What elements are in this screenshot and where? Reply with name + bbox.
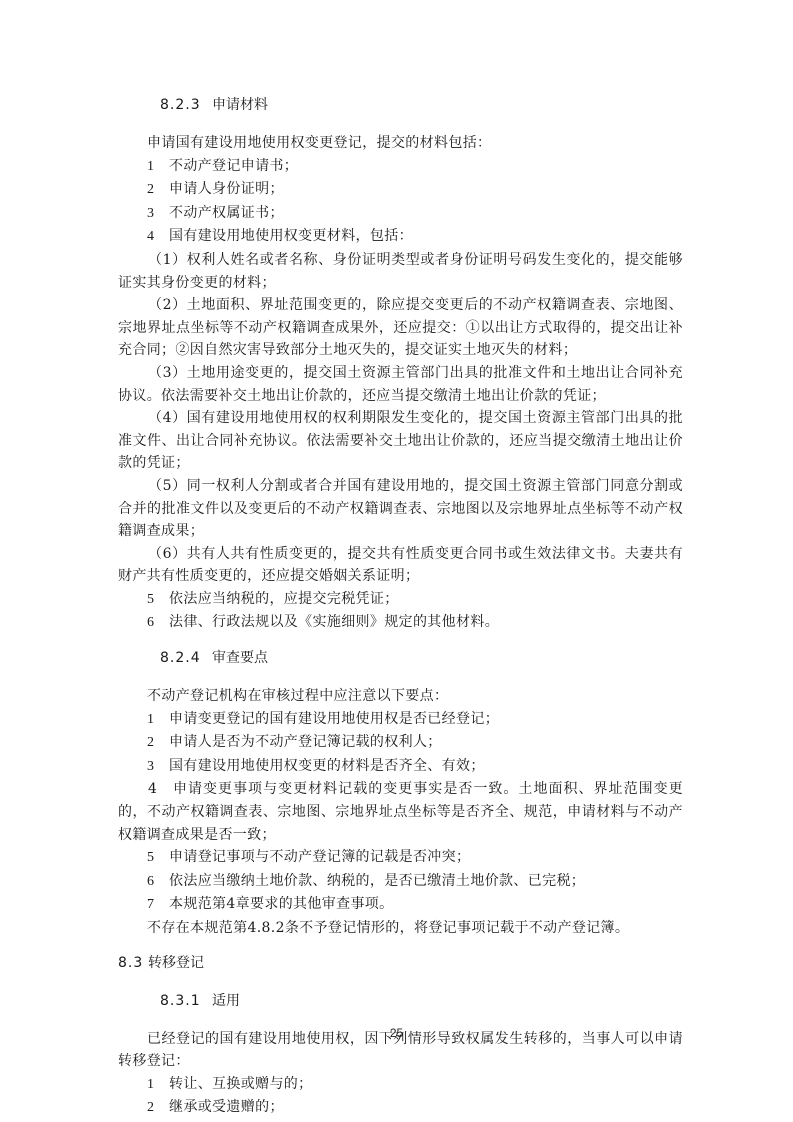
sub-item: （1）权利人姓名或者名称、身份证明类型或者身份证明号码发生变化的，提交能够证实其…	[118, 249, 683, 294]
list-item: 5申请登记事项与不动产登记簿的记载是否冲突；	[118, 846, 683, 870]
list-item: 1申请变更登记的国有建设用地使用权是否已经登记；	[118, 708, 683, 732]
list-item: 3不动产权属证书；	[118, 202, 683, 226]
heading-number: 8.3.1	[160, 990, 212, 1012]
list-item-4: 4 申请变更事项与变更材料记载的变更事实是否一致。土地面积、界址范围变更的，不动…	[118, 778, 683, 846]
list-item: 3国有建设用地使用权变更的材料是否齐全、有效；	[118, 755, 683, 779]
heading-8-3: 8.3转移登记	[118, 952, 683, 974]
list-item: 6法律、行政法规以及《实施细则》规定的其他材料。	[118, 611, 683, 635]
heading-8-3-1: 8.3.1适用	[160, 990, 683, 1012]
list-item: 6依法应当缴纳土地价款、纳税的，是否已缴清土地价款、已完税；	[118, 870, 683, 894]
list-item: 2申请人是否为不动产登记簿记载的权利人；	[118, 731, 683, 755]
list-item: 1转让、互换或赠与的；	[118, 1073, 683, 1097]
paragraph-intro: 申请国有建设用地使用权变更登记，提交的材料包括：	[118, 132, 683, 155]
paragraph-intro: 不动产登记机构在审核过程中应注意以下要点：	[118, 685, 683, 708]
page-number: 25	[0, 1026, 793, 1040]
heading-number: 8.2.4	[160, 647, 212, 669]
heading-title: 审查要点	[212, 650, 268, 666]
heading-8-2-3: 8.2.3申请材料	[160, 94, 683, 116]
list-item: 1不动产登记申请书；	[118, 155, 683, 179]
list-item: 2继承或受遗赠的；	[118, 1096, 683, 1120]
list-item: 5依法应当纳税的，应提交完税凭证；	[118, 588, 683, 612]
heading-8-2-4: 8.2.4审查要点	[160, 647, 683, 669]
paragraph-closing: 不存在本规范第4.8.2条不予登记情形的，将登记事项记载于不动产登记簿。	[118, 917, 683, 940]
list-item: 4国有建设用地使用权变更材料，包括：	[118, 225, 683, 249]
sub-item: （4）国有建设用地使用权的权利期限发生变化的，提交国土资源主管部门出具的批准文件…	[118, 407, 683, 475]
page-content: 8.2.3申请材料 申请国有建设用地使用权变更登记，提交的材料包括： 1不动产登…	[118, 94, 683, 1120]
heading-number: 8.2.3	[160, 94, 212, 116]
list-item: 7本规范第4章要求的其他审查事项。	[118, 893, 683, 917]
heading-title: 适用	[212, 993, 240, 1009]
heading-number: 8.3	[118, 952, 148, 974]
heading-title: 申请材料	[212, 97, 268, 113]
sub-item: （6）共有人共有性质变更的，提交共有性质变更合同书或生效法律文书。夫妻共有财产共…	[118, 543, 683, 588]
heading-title: 转移登记	[148, 955, 204, 971]
document-page: 8.2.3申请材料 申请国有建设用地使用权变更登记，提交的材料包括： 1不动产登…	[0, 0, 793, 1122]
list-item: 2申请人身份证明；	[118, 178, 683, 202]
sub-item: （2）土地面积、界址范围变更的，除应提交变更后的不动产权籍调查表、宗地图、宗地界…	[118, 294, 683, 362]
sub-item: （5）同一权利人分割或者合并国有建设用地的，提交国土资源主管部门同意分割或合并的…	[118, 475, 683, 543]
sub-item: （3）土地用途变更的，提交国土资源主管部门出具的批准文件和土地出让合同补充协议。…	[118, 362, 683, 407]
